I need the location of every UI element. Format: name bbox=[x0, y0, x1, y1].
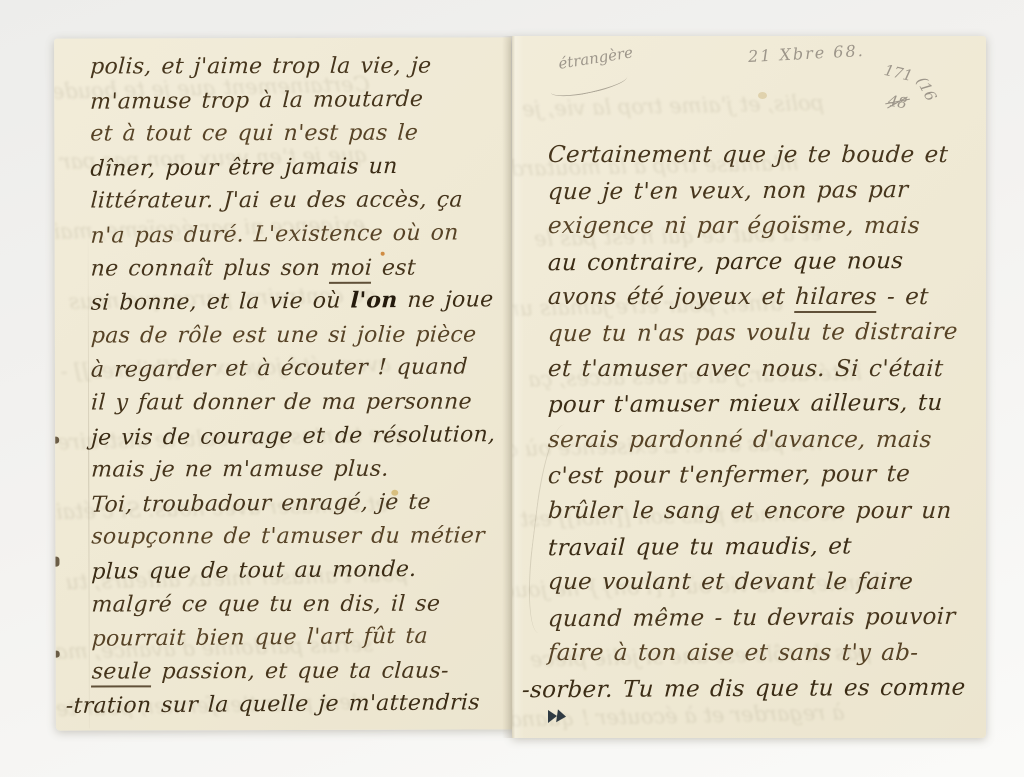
letter-line: seule passion, et que ta claus- bbox=[91, 654, 497, 689]
letter-line: ne connaît plus son moi est bbox=[90, 251, 496, 286]
letter-line: serais pardonné d'avance, mais bbox=[547, 423, 966, 459]
letter-photograph: Certainement que je te boude etque je t'… bbox=[0, 0, 1024, 777]
center-fold-shadow bbox=[502, 36, 524, 738]
letter-line: que je t'en veux, non pas par bbox=[547, 172, 966, 210]
edge-ink-fleck bbox=[55, 557, 59, 567]
letter-line: malgré ce que tu en dis, il se bbox=[91, 587, 497, 622]
letter-line: m'amuse trop à la moutarde bbox=[89, 82, 495, 119]
letter-line: n'a pas duré. L'existence où on bbox=[90, 216, 496, 253]
letter-line: faire à ton aise et sans t'y ab- bbox=[547, 636, 966, 672]
letter-line: exigence ni par égoïsme, mais bbox=[547, 209, 966, 245]
letter-line: pourrait bien que l'art fût ta bbox=[91, 619, 497, 656]
letter-line: Certainement que je te boude et bbox=[547, 138, 966, 174]
stain-speck bbox=[758, 92, 767, 99]
letter-line: avons été joyeux et hilares - et bbox=[547, 280, 966, 316]
letter-text-left: polis, et j'aime trop la vie, jem'amuse … bbox=[90, 49, 496, 722]
arrow-mark-icon bbox=[548, 710, 568, 724]
letter-line: dîner, pour être jamais un bbox=[90, 149, 496, 186]
letter-line: pas de rôle est une si jolie pièce bbox=[90, 318, 496, 353]
letter-line: il y faut donner de ma personne bbox=[90, 385, 496, 420]
letter-line: -tration sur la quelle je m'attendris bbox=[65, 686, 497, 723]
pencil-folio-number: (16 bbox=[913, 74, 941, 104]
letter-line: pour t'amuser mieux ailleurs, tu bbox=[547, 386, 966, 424]
pencil-page-number: 171 bbox=[882, 61, 914, 85]
letter-line: et t'amuser avec nous. Si c'était bbox=[547, 352, 966, 388]
pencil-date: 21 Xbre 68. bbox=[748, 41, 866, 66]
letter-line: et à tout ce qui n'est pas le bbox=[90, 117, 496, 152]
letter-line: mais je ne m'amuse plus. bbox=[90, 453, 496, 488]
letter-text-right: Certainement que je te boude etque je t'… bbox=[548, 138, 965, 708]
ink-speck bbox=[381, 252, 385, 256]
letter-line: soupçonne de t'amuser du métier bbox=[91, 520, 497, 555]
letter-line: je vis de courage et de résolution, bbox=[90, 418, 496, 455]
letter-line: -sorber. Tu me dis que tu es comme bbox=[521, 671, 966, 709]
letter-page-right: polis, et j'aime trop la vie, jem'amuse … bbox=[512, 36, 986, 738]
showthrough-text: Certainement que je te boude etque je t'… bbox=[54, 37, 511, 38]
letter-line: que voulant et devant le faire bbox=[547, 565, 966, 601]
letter-line: travail que tu maudis, et bbox=[547, 528, 966, 566]
letter-line: à regarder et à écouter ! quand bbox=[90, 351, 496, 388]
letter-line: quand même - tu devrais pouvoir bbox=[547, 599, 966, 637]
letter-line: littérateur. J'ai eu des accès, ça bbox=[90, 184, 496, 219]
letter-page-left: Certainement que je te boude etque je t'… bbox=[54, 37, 513, 730]
letter-line: plus que de tout au monde. bbox=[91, 552, 497, 589]
letter-line: c'est pour t'enfermer, pour te bbox=[547, 457, 966, 495]
letter-line: brûler le sang et encore pour un bbox=[547, 494, 966, 530]
letter-line: polis, et j'aime trop la vie, je bbox=[89, 49, 495, 84]
stain-speck bbox=[391, 490, 398, 496]
letter-line: si bonne, et la vie où l'on ne joue bbox=[90, 283, 496, 320]
pencil-number-struck: 48 bbox=[887, 92, 909, 113]
letter-line: Toi, troubadour enragé, je te bbox=[91, 485, 497, 522]
pencil-annotation: étrangère bbox=[557, 43, 634, 73]
letter-line: au contraire, parce que nous bbox=[547, 244, 966, 282]
letter-line: que tu n'as pas voulu te distraire bbox=[547, 315, 966, 353]
